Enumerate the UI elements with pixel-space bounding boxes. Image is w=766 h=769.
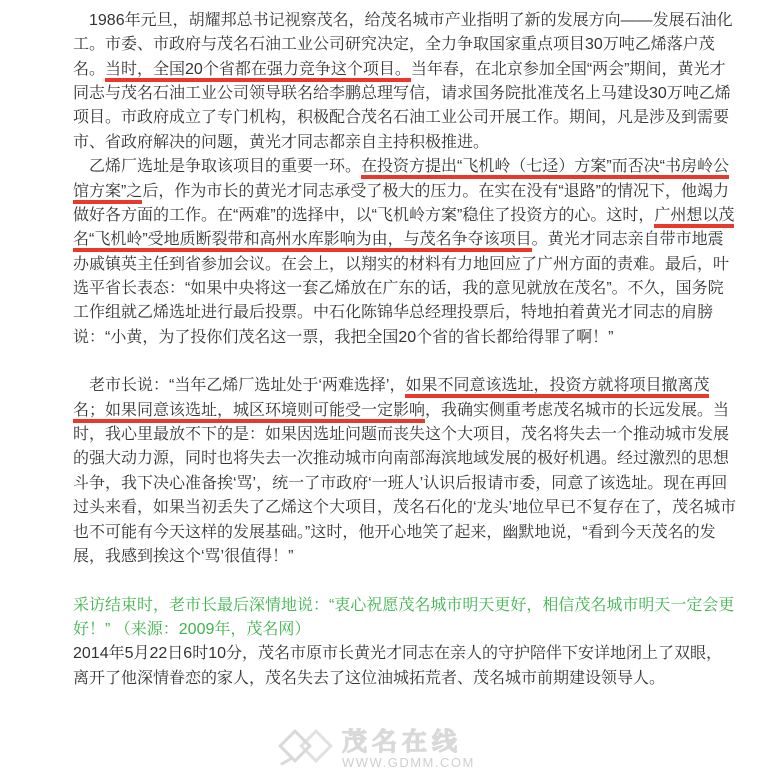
watermark-logo-stroke [280, 757, 292, 766]
watermark-text-block: 茂名在线 WWW.GDMM.COM [342, 726, 475, 769]
paragraph: 2014年5月22日6时10分，茂名市原市长黄光才同志在亲人的守护陪伴下安详地闭… [73, 642, 737, 691]
watermark-url: WWW.GDMM.COM [342, 756, 475, 769]
text-run: 2014年5月22日6时10分，茂名市原市长黄光才同志在亲人的守护陪伴下安详地闭… [73, 645, 722, 686]
text-run: ，我确实侧重考虑茂名城市的长远发展。当时，我心里最放不下的是：如果因选址问题而丧… [73, 402, 736, 565]
watermark-site-name: 茂名在线 [342, 730, 475, 755]
underlined-text: 当时，全国20个省都在强力竞争这个项目。 [105, 61, 411, 82]
text-run: 采访结束时，老市长最后深情地说：“衷心祝愿茂名城市明天更好，相信茂名城市明天一定… [73, 597, 734, 638]
paragraph-green-quote: 采访结束时，老市长最后深情地说：“衷心祝愿茂名城市明天更好，相信茂名城市明天一定… [73, 594, 737, 643]
paragraph: 1986年元旦，胡耀邦总书记视察茂名，给茂名城市产业指明了新的发展方向——发展石… [73, 9, 737, 155]
paragraph: 老市长说：“当年乙烯厂选址处于‘两难选择’，如果不同意该选址，投资方就将项目撤离… [73, 374, 737, 569]
article: 1986年元旦，胡耀邦总书记视察茂名，给茂名城市产业指明了新的发展方向——发展石… [73, 9, 737, 691]
watermark-diamond-shape [299, 729, 333, 763]
text-run: 后，作为市长的黄光才同志承受了极大的压力。在实在没有“退路”的情况下，他竭力做好… [73, 183, 729, 224]
text-run: 老市长说：“当年乙烯厂选址处于‘两难选择’， [89, 377, 405, 394]
watermark-logo-icon [280, 726, 342, 769]
watermark: 茂名在线 WWW.GDMM.COM [280, 726, 475, 769]
text-run: 乙烯厂选址是争取该项目的重要一环。 [89, 158, 361, 175]
paragraph: 乙烯厂选址是争取该项目的重要一环。在投资方提出“飞机岭（七迳）方案”而否决“书房… [73, 155, 737, 350]
